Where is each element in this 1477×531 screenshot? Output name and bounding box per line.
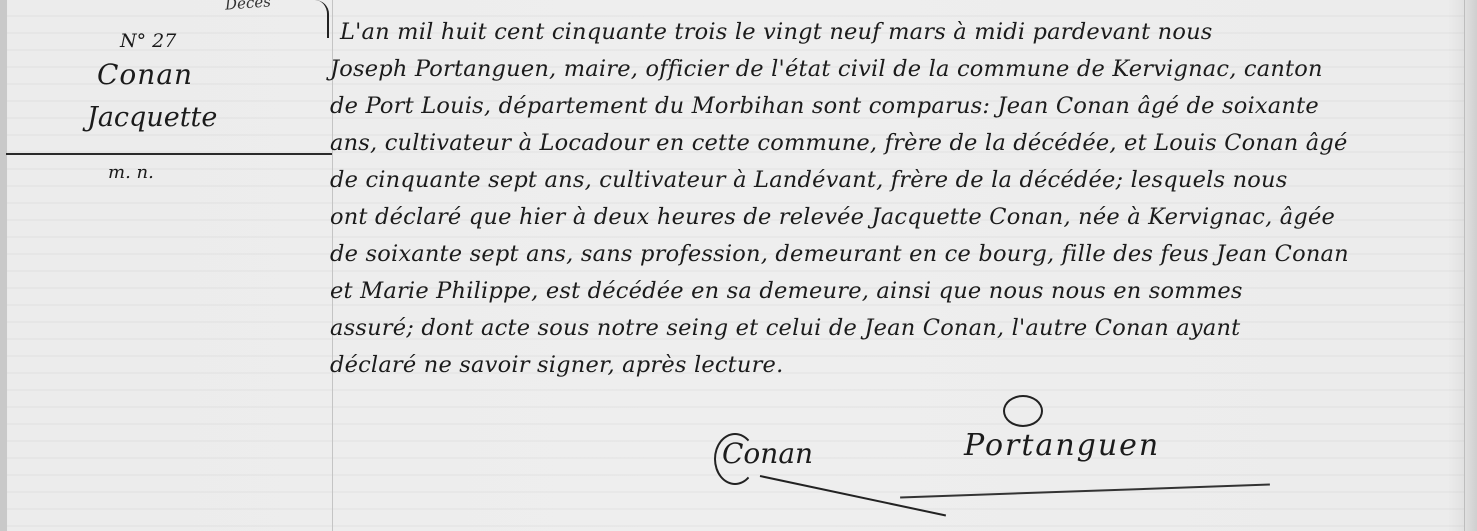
body-line: ans, cultivateur à Locadour en cette com…	[330, 125, 1455, 162]
body-line: déclaré ne savoir signer, après lecture.	[330, 347, 1455, 384]
entry-number: N° 27	[120, 30, 176, 52]
marginal-mention: m. n.	[108, 162, 154, 183]
margin-brace	[313, 0, 329, 38]
margin-column: Décès N° 27 Conan Jacquette m. n.	[0, 0, 332, 531]
body-line: de Port Louis, département du Morbihan s…	[330, 88, 1455, 125]
record-body: L'an mil huit cent cinquante trois le vi…	[330, 14, 1455, 384]
body-line: assuré; dont acte sous notre seing et ce…	[330, 310, 1455, 347]
mayor-signature-flourish	[900, 484, 1270, 499]
mayor-signature: Portanguen	[964, 428, 1160, 463]
body-line: et Marie Philippe, est décédée en sa dem…	[330, 273, 1455, 310]
register-page: Décès N° 27 Conan Jacquette m. n. L'an m…	[0, 0, 1477, 531]
body-line: Joseph Portanguen, maire, officier de l'…	[330, 51, 1455, 88]
body-line: de soixante sept ans, sans profession, d…	[330, 236, 1455, 273]
witness-signature: Conan	[722, 437, 813, 470]
mayor-signature-loop	[1003, 395, 1043, 427]
page-binding-fold	[1464, 0, 1477, 531]
body-line: L'an mil huit cent cinquante trois le vi…	[330, 14, 1455, 51]
deceased-surname: Conan	[97, 58, 193, 91]
margin-note: Décès	[224, 0, 271, 14]
body-line: de cinquante sept ans, cultivateur à Lan…	[330, 162, 1455, 199]
deceased-given-name: Jacquette	[87, 102, 217, 133]
body-line: ont déclaré que hier à deux heures de re…	[330, 199, 1455, 236]
